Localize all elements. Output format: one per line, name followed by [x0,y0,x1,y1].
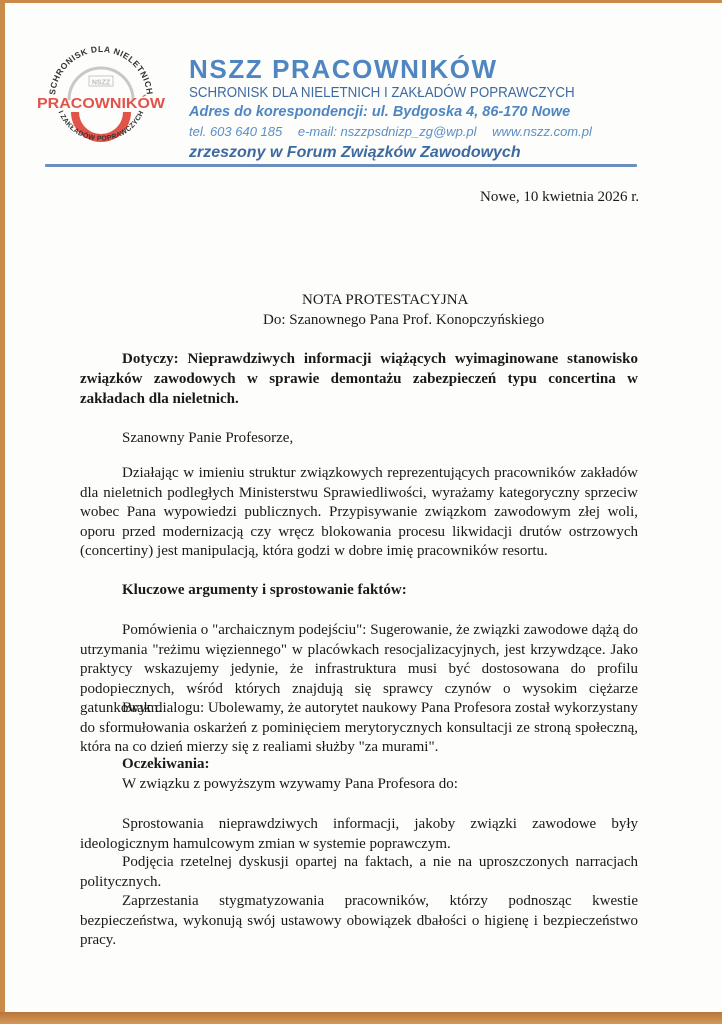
svg-text:NSZZ: NSZZ [92,80,111,87]
expectation-item: Zaprzestania stygmatyzowania pracowników… [80,892,638,951]
expectation-item: Podjęcia rzetelnej dyskusji opartej na f… [80,853,638,892]
letter-page: NSZZ SCHRONISK DLA NIELETNICH I ZAKŁADÓW… [5,3,722,1012]
expectation-item: Sprostowania nieprawdziwych informacji, … [80,815,638,854]
union-logo: NSZZ SCHRONISK DLA NIELETNICH I ZAKŁADÓW… [31,36,171,156]
letterhead-divider [45,164,637,167]
svg-text:PRACOWNIKÓW: PRACOWNIKÓW [37,94,165,112]
svg-text:SCHRONISK DLA NIELETNICH: SCHRONISK DLA NIELETNICH [47,44,155,95]
phone-number: tel. 603 640 185 [189,124,282,139]
website-url: www.nszz.com.pl [492,124,592,139]
correspondence-address: Adres do korespondencji: ul. Bydgoska 4,… [189,103,608,122]
expectations-heading: Oczekiwania: [122,755,680,775]
contact-line: tel. 603 640 185 e-mail: nszzpsdnizp_zg@… [189,122,608,141]
desk-surface [0,1012,722,1024]
greeting: Szanowny Panie Profesorze, [122,429,680,449]
union-name: NSZZ PRACOWNIKÓW [189,55,608,83]
union-subtitle: SCHRONISK DLA NIELETNICH I ZAKŁADÓW POPR… [189,84,575,103]
expectations-intro: W związku z powyższym wzywamy Pana Profe… [122,775,680,795]
arguments-heading: Kluczowe argumenty i sprostowanie faktów… [122,581,680,601]
document-title: NOTA PROTESTACYJNA [302,292,468,309]
svg-text:I ZAKŁADÓW POPRAWCZYCH: I ZAKŁADÓW POPRAWCZYCH [57,110,146,143]
intro-paragraph: Działając w imieniu struktur związkowych… [80,464,638,562]
addressee: Do: Szanownego Pana Prof. Konopczyńskieg… [263,312,544,329]
letter-date: Nowe, 10 kwietnia 2026 r. [480,189,639,206]
argument-item: Brak dialogu: Ubolewamy, że autorytet na… [80,699,638,758]
subject-line: Dotyczy: Nieprawdziwych informacji wiążą… [80,349,638,409]
letterhead: NSZZ PRACOWNIKÓW SCHRONISK DLA NIELETNIC… [189,55,608,163]
email-address: e-mail: nszzpsdnizp_zg@wp.pl [298,124,477,139]
affiliation: zrzeszony w Forum Związków Zawodowych [189,142,608,163]
